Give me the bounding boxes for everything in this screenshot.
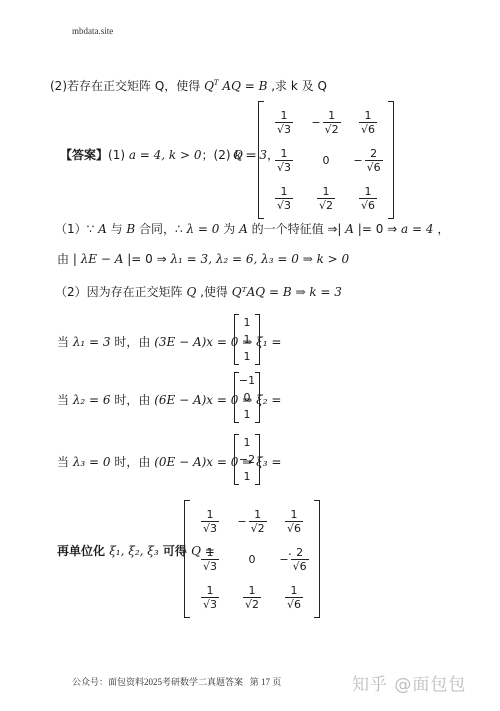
- matrix-cell: 1√6: [285, 508, 303, 535]
- matrix-cell: 1√3: [275, 109, 293, 136]
- s1d: B: [126, 222, 135, 236]
- xi2-1: 0: [244, 391, 251, 404]
- s1i: 的一个特征值 ⇒|: [248, 222, 346, 236]
- period: .: [288, 544, 292, 558]
- matrix-cell: −2√6: [353, 147, 382, 174]
- xi3-0: 1: [244, 436, 251, 449]
- normalized-matrix-q: 1√3−1√21√61√30−2√61√31√21√6: [184, 500, 320, 618]
- xi1-1: 1: [244, 333, 251, 346]
- answer-q-eq: Q =: [233, 148, 257, 162]
- s3b: Q: [186, 285, 196, 299]
- answer-sep: ；(2): [202, 148, 235, 162]
- question-suffix: ,求 k 及 Q: [267, 79, 326, 93]
- matrix-cell: 1√2: [317, 185, 335, 212]
- page-footer: 公众号：面包资料2025考研数学二真题答案 第 17 页: [72, 675, 281, 688]
- matrix-cell: 1√3: [201, 508, 219, 535]
- e3-when: 当: [57, 455, 73, 469]
- matrix-cell: 1√3: [201, 546, 219, 573]
- xi1-0: 1: [244, 316, 251, 329]
- eigenvector-xi3: 1−21: [234, 434, 260, 485]
- question-prefix: (2)若存在正交矩阵 Q，使得: [50, 79, 204, 93]
- matrix-cell: 1√3: [275, 185, 293, 212]
- zhihu-watermark: 知乎 @面包包: [352, 670, 466, 695]
- matrix-cell: −2√6: [279, 546, 308, 573]
- s1e: 合同，∴: [135, 222, 186, 236]
- answer-label: 【答案】: [60, 148, 108, 162]
- matrix-cell: 1√6: [285, 584, 303, 611]
- xi3-2: 1: [244, 470, 251, 483]
- answer-part1: (1): [108, 148, 129, 162]
- matrix-cell: −1√2: [311, 109, 340, 136]
- matrix-cell: 1√2: [243, 584, 261, 611]
- s1j: A: [345, 222, 354, 236]
- matrix-cell: −1√2: [237, 508, 266, 535]
- e3-lambda: λ₃ = 0: [73, 455, 111, 469]
- solution-line-2: 由 | λE − A |= 0 ⇒ λ₁ = 3, λ₂ = 6, λ₃ = 0…: [57, 252, 349, 266]
- xi1-2: 1: [244, 350, 251, 363]
- matrix-cell: 1√3: [275, 147, 293, 174]
- s3c: ,使得: [196, 285, 231, 299]
- s1c: 与: [107, 222, 127, 236]
- eigenvector-xi2: −101: [234, 372, 260, 423]
- matrix-cell: 1√6: [359, 109, 377, 136]
- e1-eq: (3E − A)x = 0 ⇒ ξ₁ =: [154, 335, 281, 349]
- norm-xis: ξ₁, ξ₂, ξ₃: [109, 544, 159, 558]
- answer-part1-math: a = 4, k > 0: [129, 148, 202, 162]
- e2-when: 当: [57, 393, 73, 407]
- eigenvector-xi1: 111: [234, 314, 260, 365]
- s1f: λ = 0: [187, 222, 220, 236]
- site-header: mbdata.site: [72, 26, 113, 36]
- footer-page: 第 17 页: [250, 677, 282, 687]
- answer-matrix-q: 1√3−1√21√61√30−2√61√31√21√6: [258, 101, 394, 219]
- e1-lambda: λ₁ = 3: [73, 335, 111, 349]
- s1b: A: [98, 222, 107, 236]
- s2a: 由 |: [57, 252, 81, 266]
- s1g: 为: [219, 222, 239, 236]
- question-q: Q: [204, 79, 214, 93]
- xi2-2: 1: [244, 408, 251, 421]
- question-line: (2)若存在正交矩阵 Q，使得 QT AQ = B ,求 k 及 Q: [50, 76, 327, 93]
- matrix-cell: 1√6: [359, 185, 377, 212]
- footer-text: 公众号：面包资料2025考研数学二真题答案: [72, 677, 243, 687]
- s1m: ，: [434, 222, 450, 236]
- s1l: a = 4: [401, 222, 433, 236]
- solution-line-3: （2）因为存在正交矩阵 Q ,使得 QᵀAQ = B ⇒ k = 3: [55, 285, 342, 299]
- e1-mid: 时，由: [111, 335, 155, 349]
- solution-line-1: （1）∵ A 与 B 合同，∴ λ = 0 为 A 的一个特征值 ⇒| A |=…: [55, 222, 449, 236]
- xi2-0: −1: [239, 374, 255, 387]
- s1h: A: [239, 222, 248, 236]
- e3-eq: (0E − A)x = 0 ⇒ ξ₃ =: [154, 455, 281, 469]
- matrix-cell: 0: [323, 154, 330, 167]
- s3d: QᵀAQ = B ⇒ k = 3: [232, 285, 342, 299]
- e2-eq: (6E − A)x = 0 ⇒ ξ₂ =: [154, 393, 281, 407]
- e2-mid: 时，由: [111, 393, 155, 407]
- s1a: （1）∵: [55, 222, 98, 236]
- s2c: |= 0 ⇒: [123, 252, 170, 266]
- question-formula: AQ = B: [219, 79, 268, 93]
- e1-when: 当: [57, 335, 73, 349]
- s2d: λ₁ = 3, λ₂ = 6, λ₃ = 0 ⇒ k > 0: [170, 252, 349, 266]
- e3-mid: 时，由: [111, 455, 155, 469]
- e2-lambda: λ₂ = 6: [73, 393, 111, 407]
- matrix-cell: 0: [249, 553, 256, 566]
- s3a: （2）因为存在正交矩阵: [55, 285, 186, 299]
- s2b: λE − A: [81, 252, 124, 266]
- s1k: |= 0 ⇒: [354, 222, 401, 236]
- xi3-1: −2: [239, 453, 255, 466]
- matrix-cell: 1√3: [201, 584, 219, 611]
- norm-text: 再单位化: [57, 544, 109, 558]
